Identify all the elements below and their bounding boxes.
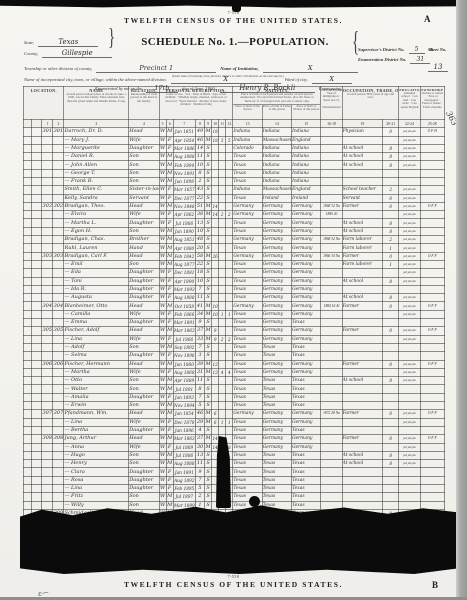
cell-family-number: [53, 468, 64, 476]
cell-children-living: [226, 277, 233, 285]
cell-sex: F: [166, 294, 173, 302]
cell-birthplace-mother: Germany: [292, 236, 321, 244]
cell-family-number: [53, 136, 64, 144]
cell-birthplace-father: Massachusetts: [262, 136, 291, 144]
cell-dwelling-number: [42, 219, 53, 227]
cell-birthplace-father: Germany: [262, 319, 291, 327]
cell-education-marks: yes yes yes: [399, 460, 420, 468]
cell-race: W: [159, 144, 166, 152]
cell-birthplace-person: Texas: [233, 435, 262, 443]
cell-marital-status: S: [205, 194, 212, 202]
cell-sex: F: [166, 476, 173, 484]
cell-citizenship: [321, 435, 342, 443]
cell-age: 7: [195, 393, 204, 401]
cell-house-number: [32, 227, 42, 235]
cell-occupation: Farmer: [342, 435, 382, 443]
cell-years-married: [212, 377, 219, 385]
cell-race: W: [159, 402, 166, 410]
cell-sex: M: [166, 202, 173, 210]
cell-dwelling-number: [42, 178, 53, 186]
cell-years-married: [212, 161, 219, 169]
cell-children-born: 4: [219, 368, 226, 376]
cell-occupation: [342, 385, 382, 393]
cell-birthplace-mother: Indiana: [292, 169, 321, 177]
cell-marital-status: M: [205, 302, 212, 310]
col-group-location: LOCATION.: [24, 87, 64, 120]
cell-street: [24, 393, 32, 401]
cell-birthplace-mother: Texas: [292, 476, 321, 484]
cell-education-marks: yes yes yes: [399, 443, 420, 451]
cell-relation: Wife: [129, 211, 159, 219]
cell-age: 51: [195, 202, 204, 210]
cell-children-born: [219, 410, 226, 418]
cell-home-ownership: O F F: [420, 410, 444, 418]
cell-citizenship: 1868 32 Na: [321, 202, 342, 210]
cell-months-school: [383, 468, 399, 476]
cell-house-number: [32, 476, 42, 484]
cell-age: 7: [195, 476, 204, 484]
cell-birth-date: Apr 1862: [173, 211, 195, 219]
cell-home-ownership: [420, 319, 444, 327]
cell-birthplace-father: Germany: [262, 410, 291, 418]
cell-years-married: [212, 186, 219, 194]
cell-birthplace-mother: Texas: [292, 319, 321, 327]
col-group-ownership: OWNERSHIP OF HOME. Owned or rented · Fre…: [420, 87, 444, 120]
cell-birthplace-mother: Germany: [292, 211, 321, 219]
cell-sex: M: [166, 435, 173, 443]
cell-relation: Son: [129, 402, 159, 410]
cell-birthplace-father: Germany: [262, 368, 291, 376]
cell-name: Smith, Ellen C.: [64, 186, 129, 194]
cell-children-living: [226, 302, 233, 310]
cell-birthplace-father: Indiana: [262, 144, 291, 152]
cell-dwelling-number: [42, 402, 53, 410]
cell-marital-status: S: [205, 277, 212, 285]
cell-age: 30: [195, 443, 204, 451]
cell-dwelling-number: [42, 393, 53, 401]
cell-dwelling-number: [42, 285, 53, 293]
cell-birthplace-mother: Germany: [292, 302, 321, 310]
cell-children-born: [219, 285, 226, 293]
cell-birthplace-father: Texas: [262, 476, 291, 484]
cell-birthplace-mother: Texas: [292, 352, 321, 360]
cell-street: [24, 186, 32, 194]
schedule-title: SCHEDULE No. 1.—POPULATION.: [120, 36, 350, 48]
cell-citizenship: [321, 385, 342, 393]
census-record-row: — Otto Son W M Apr 1889 11 S Texas Texas…: [24, 377, 445, 385]
cell-birthplace-father: Germany: [262, 302, 291, 310]
cell-months-school: [383, 393, 399, 401]
cell-race: W: [159, 252, 166, 260]
cell-home-ownership: [420, 136, 444, 144]
cell-birthplace-father: Germany: [262, 360, 291, 368]
cell-race: W: [159, 244, 166, 252]
cell-sex: F: [166, 211, 173, 219]
cell-marital-status: S: [205, 385, 212, 393]
cell-months-school: 0: [383, 128, 399, 136]
cell-family-number: [53, 484, 64, 492]
cell-relation: Daughter: [129, 219, 159, 227]
cell-months-school: [383, 178, 399, 186]
cell-street: [24, 236, 32, 244]
cell-citizenship: [321, 460, 342, 468]
cell-sex: F: [166, 319, 173, 327]
cell-birth-date: Feb 1866: [173, 310, 195, 318]
cell-children-born: [219, 302, 226, 310]
scan-bottom-black-band: [20, 504, 458, 574]
cell-name: Darroch, Dr. D.: [64, 128, 129, 136]
census-record-row: 308 308 Jung, Arthur Head W M Mar 1863 3…: [24, 435, 445, 443]
cell-house-number: [32, 327, 42, 335]
cell-birth-date: Jan 1896: [173, 426, 195, 434]
cell-months-school: [383, 493, 399, 501]
census-record-row: 307 307 Pfandmann, Wm. Head W M Jan 1854…: [24, 410, 445, 418]
cell-race: W: [159, 202, 166, 210]
cell-occupation: [342, 343, 382, 351]
cell-birthplace-person: Indiana: [233, 128, 262, 136]
cell-family-number: [53, 186, 64, 194]
cell-age: 34: [195, 310, 204, 318]
cell-race: W: [159, 327, 166, 335]
cell-sex: F: [166, 277, 173, 285]
cell-citizenship: [321, 144, 342, 152]
cell-dwelling-number: [42, 493, 53, 501]
cell-birth-date: Nov 1894: [173, 402, 195, 410]
cell-children-living: [226, 385, 233, 393]
cell-birthplace-person: Germany: [233, 202, 262, 210]
cell-months-school: [383, 136, 399, 144]
cell-birth-date: Apr 1854: [173, 136, 195, 144]
cell-years-married: [212, 402, 219, 410]
cell-dwelling-number: [42, 368, 53, 376]
col-group-citizenship: CITIZENSHIP. Year of immigration · Years…: [321, 87, 342, 120]
cell-birthplace-mother: Germany: [292, 443, 321, 451]
cell-birthplace-person: Texas: [233, 468, 262, 476]
cell-birth-date: Oct 1858: [173, 302, 195, 310]
cell-race: W: [159, 451, 166, 459]
cell-children-living: [226, 393, 233, 401]
census-record-row: — Lina Wife W F Jul 1866 33 M 9 2 2 Texa…: [24, 335, 445, 343]
cell-citizenship: [321, 343, 342, 351]
cell-citizenship: 1866 34 Na: [321, 252, 342, 260]
cell-name: — Selma: [64, 352, 129, 360]
cell-dwelling-number: [42, 269, 53, 277]
cell-birth-date: Nov 1896: [173, 352, 195, 360]
cell-citizenship: [321, 468, 342, 476]
cell-children-living: [226, 410, 233, 418]
cell-age: 9: [195, 468, 204, 476]
cell-birth-date: Jul 1869: [173, 443, 195, 451]
cell-house-number: [32, 302, 42, 310]
cell-relation: Daughter: [129, 393, 159, 401]
cell-education-marks: [399, 484, 420, 492]
cell-education-marks: yes yes yes: [399, 144, 420, 152]
cell-home-ownership: [420, 368, 444, 376]
cell-years-married: [212, 260, 219, 268]
cell-dwelling-number: [42, 227, 53, 235]
cell-children-living: [226, 377, 233, 385]
cell-age: 10: [195, 161, 204, 169]
cell-birthplace-person: Texas: [233, 269, 262, 277]
cell-education-marks: [399, 319, 420, 327]
cell-house-number: [32, 493, 42, 501]
cell-children-born: [219, 426, 226, 434]
cell-house-number: [32, 352, 42, 360]
cell-citizenship: 1872 28 Na: [321, 410, 342, 418]
cell-children-living: [226, 319, 233, 327]
cell-dwelling-number: [42, 484, 53, 492]
nativity-sub-person: Place of birth of this Person: [233, 105, 262, 119]
cell-months-school: [383, 169, 399, 177]
cell-street: [24, 260, 32, 268]
cell-birth-date: Jul 1891: [173, 385, 195, 393]
cell-birthplace-father: Texas: [262, 385, 291, 393]
cell-street: [24, 352, 32, 360]
cell-months-school: [383, 368, 399, 376]
cell-race: W: [159, 377, 166, 385]
cell-sex: M: [166, 161, 173, 169]
cell-sex: M: [166, 377, 173, 385]
cell-street: [24, 493, 32, 501]
cell-relation: Head: [129, 435, 159, 443]
cell-years-married: [212, 352, 219, 360]
cell-education-marks: yes yes yes: [399, 202, 420, 210]
scan-right-edge: [456, 0, 467, 600]
cell-name: Bradigan, Chas.: [64, 236, 129, 244]
cell-dwelling-number: [42, 418, 53, 426]
cell-children-born: [219, 319, 226, 327]
cell-sex: M: [166, 402, 173, 410]
cell-dwelling-number: [42, 319, 53, 327]
cell-marital-status: S: [205, 426, 212, 434]
cell-name: — Willy: [64, 501, 129, 509]
cell-years-married: [212, 285, 219, 293]
cell-street: [24, 343, 32, 351]
cell-children-born: [219, 277, 226, 285]
cell-name: — Lina: [64, 335, 129, 343]
cell-name: — Walter: [64, 385, 129, 393]
cell-marital-status: M: [205, 410, 212, 418]
cell-years-married: 12: [212, 368, 219, 376]
cell-street: [24, 377, 32, 385]
cell-occupation: Farmer: [342, 410, 382, 418]
cell-birthplace-mother: Indiana: [292, 153, 321, 161]
cell-race: W: [159, 443, 166, 451]
cell-marital-status: S: [205, 294, 212, 302]
census-record-row: — Frank R. Son W M Jun 1898 2 S Texas In…: [24, 178, 445, 186]
census-record-row: — Amalia Daughter W F Jan 1893 7 S Texas…: [24, 393, 445, 401]
cell-name: — Lina: [64, 484, 129, 492]
cell-family-number: [53, 269, 64, 277]
cell-name: — Ida R.: [64, 285, 129, 293]
cell-age: 37: [195, 435, 204, 443]
cell-home-ownership: O F F: [420, 435, 444, 443]
cell-occupation: At school: [342, 227, 382, 235]
cell-education-marks: yes yes yes: [399, 269, 420, 277]
cell-citizenship: [321, 443, 342, 451]
cell-sex: M: [166, 360, 173, 368]
cell-children-living: [226, 144, 233, 152]
cell-street: [24, 169, 32, 177]
cell-age: 11: [195, 460, 204, 468]
cell-family-number: 304: [53, 302, 64, 310]
cell-birthplace-person: Texas: [233, 393, 262, 401]
cell-home-ownership: [420, 501, 444, 509]
cell-birthplace-mother: Germany: [292, 252, 321, 260]
cell-relation: Son: [129, 178, 159, 186]
cell-street: [24, 310, 32, 318]
census-record-row: 306 306 Fischer, Hermann Head W M Jun 18…: [24, 360, 445, 368]
cell-months-school: 8: [383, 377, 399, 385]
cell-citizenship: [321, 310, 342, 318]
cell-home-ownership: O F F: [420, 327, 444, 335]
cell-age: 46: [195, 410, 204, 418]
cell-sex: F: [166, 368, 173, 376]
cell-birthplace-mother: Germany: [292, 310, 321, 318]
cell-birth-date: Jul 1897: [173, 493, 195, 501]
cell-sex: M: [166, 236, 173, 244]
cell-relation: Son: [129, 260, 159, 268]
cell-dwelling-number: [42, 161, 53, 169]
cell-street: [24, 252, 32, 260]
cell-age: 2: [195, 493, 204, 501]
scanned-census-sheet: 7-558 TWELFTH CENSUS OF THE UNITED STATE…: [0, 0, 456, 597]
nativity-sub-mother: Place of birth of Mother of this person: [292, 105, 320, 119]
cell-children-living: 2: [226, 211, 233, 219]
cell-house-number: [32, 343, 42, 351]
cell-citizenship: [321, 161, 342, 169]
cell-family-number: [53, 310, 64, 318]
cell-relation: Brother: [129, 236, 159, 244]
cell-street: [24, 418, 32, 426]
cell-family-number: [53, 219, 64, 227]
cell-citizenship: [321, 319, 342, 327]
census-record-row: 305 305 Fischer, Adolf Head W M Mar 1863…: [24, 327, 445, 335]
cell-years-married: [212, 194, 219, 202]
cell-children-living: 1: [226, 418, 233, 426]
cell-months-school: [383, 443, 399, 451]
cell-race: W: [159, 269, 166, 277]
cell-years-married: 9: [212, 335, 219, 343]
cell-name: Fischer, Adolf: [64, 327, 129, 335]
cell-home-ownership: O F F: [420, 360, 444, 368]
cell-house-number: [32, 128, 42, 136]
cell-citizenship: [321, 178, 342, 186]
cell-years-married: [212, 169, 219, 177]
cell-birthplace-father: Germany: [262, 244, 291, 252]
cell-birth-date: Feb 1842: [173, 252, 195, 260]
cell-race: W: [159, 501, 166, 509]
cell-street: [24, 161, 32, 169]
cell-birthplace-father: Indiana: [262, 169, 291, 177]
cell-children-living: 4: [226, 368, 233, 376]
cell-name: — Erwin: [64, 402, 129, 410]
cell-marital-status: S: [205, 493, 212, 501]
cell-birthplace-mother: Germany: [292, 244, 321, 252]
cell-children-living: [226, 252, 233, 260]
census-record-row: — Fritz Son W M Jul 1897 2 S Texas Texas…: [24, 493, 445, 501]
cell-citizenship: [321, 402, 342, 410]
cell-children-born: [219, 178, 226, 186]
cell-street: [24, 302, 32, 310]
cell-house-number: [32, 360, 42, 368]
cell-birthplace-mother: Texas: [292, 468, 321, 476]
cell-age: 49: [195, 128, 204, 136]
cell-house-number: [32, 277, 42, 285]
cell-house-number: [32, 294, 42, 302]
cell-birth-date: Apr 1890: [173, 277, 195, 285]
cell-birthplace-mother: Texas: [292, 460, 321, 468]
cell-name: Bradigan, Carl F.: [64, 252, 129, 260]
cell-birthplace-father: Germany: [262, 310, 291, 318]
cell-house-number: [32, 219, 42, 227]
cell-sex: F: [166, 426, 173, 434]
census-record-row: — Martha L. Daughter W F Jul 1886 13 S T…: [24, 219, 445, 227]
cell-education-marks: yes yes yes: [399, 211, 420, 219]
census-record-row: — Camilla Wife W F Feb 1866 34 M 10 1 1 …: [24, 310, 445, 318]
cell-children-born: [219, 227, 226, 235]
cell-birthplace-person: Texas: [233, 260, 262, 268]
cell-name: — Fritz: [64, 493, 129, 501]
cell-years-married: 6: [212, 418, 219, 426]
col-group-education: EDUCATION. Attended school · Can read · …: [399, 87, 420, 120]
cell-education-marks: yes yes yes: [399, 227, 420, 235]
cell-age: 11: [195, 377, 204, 385]
cell-months-school: 8: [383, 161, 399, 169]
cell-birthplace-father: Germany: [262, 285, 291, 293]
cell-children-born: [219, 343, 226, 351]
cell-home-ownership: [420, 352, 444, 360]
cell-occupation: At school: [342, 153, 382, 161]
census-record-row: — Mary J. Wife W F Apr 1854 46 M 18 5 5 …: [24, 136, 445, 144]
cell-home-ownership: [420, 418, 444, 426]
cell-citizenship: [321, 169, 342, 177]
cell-birth-date: Aug 1851: [173, 236, 195, 244]
cell-children-living: [226, 352, 233, 360]
cell-months-school: [383, 476, 399, 484]
cell-street: [24, 136, 32, 144]
cell-citizenship: [321, 377, 342, 385]
cell-relation: Head: [129, 327, 159, 335]
cell-street: [24, 451, 32, 459]
cell-name: Fischer, Hermann: [64, 360, 129, 368]
cell-birthplace-father: Indiana: [262, 161, 291, 169]
cell-dwelling-number: [42, 385, 53, 393]
cell-family-number: 306: [53, 360, 64, 368]
cell-house-number: [32, 385, 42, 393]
cell-relation: Daughter: [129, 144, 159, 152]
cell-marital-status: S: [205, 352, 212, 360]
cell-occupation: [342, 269, 382, 277]
cell-age: 43: [195, 186, 204, 194]
cell-race: W: [159, 260, 166, 268]
cell-name: — Clara: [64, 468, 129, 476]
cell-race: W: [159, 153, 166, 161]
cell-home-ownership: [420, 476, 444, 484]
cell-age: 7: [195, 285, 204, 293]
cell-name: — Adolf: [64, 343, 129, 351]
cell-children-born: [219, 169, 226, 177]
cell-education-marks: [399, 178, 420, 186]
cell-months-school: 1: [383, 260, 399, 268]
cell-months-school: 8: [383, 144, 399, 152]
cell-occupation: [342, 285, 382, 293]
cell-children-living: [226, 236, 233, 244]
cell-dwelling-number: [42, 153, 53, 161]
cell-children-living: [226, 169, 233, 177]
cell-family-number: [53, 277, 64, 285]
cell-children-born: [219, 327, 226, 335]
